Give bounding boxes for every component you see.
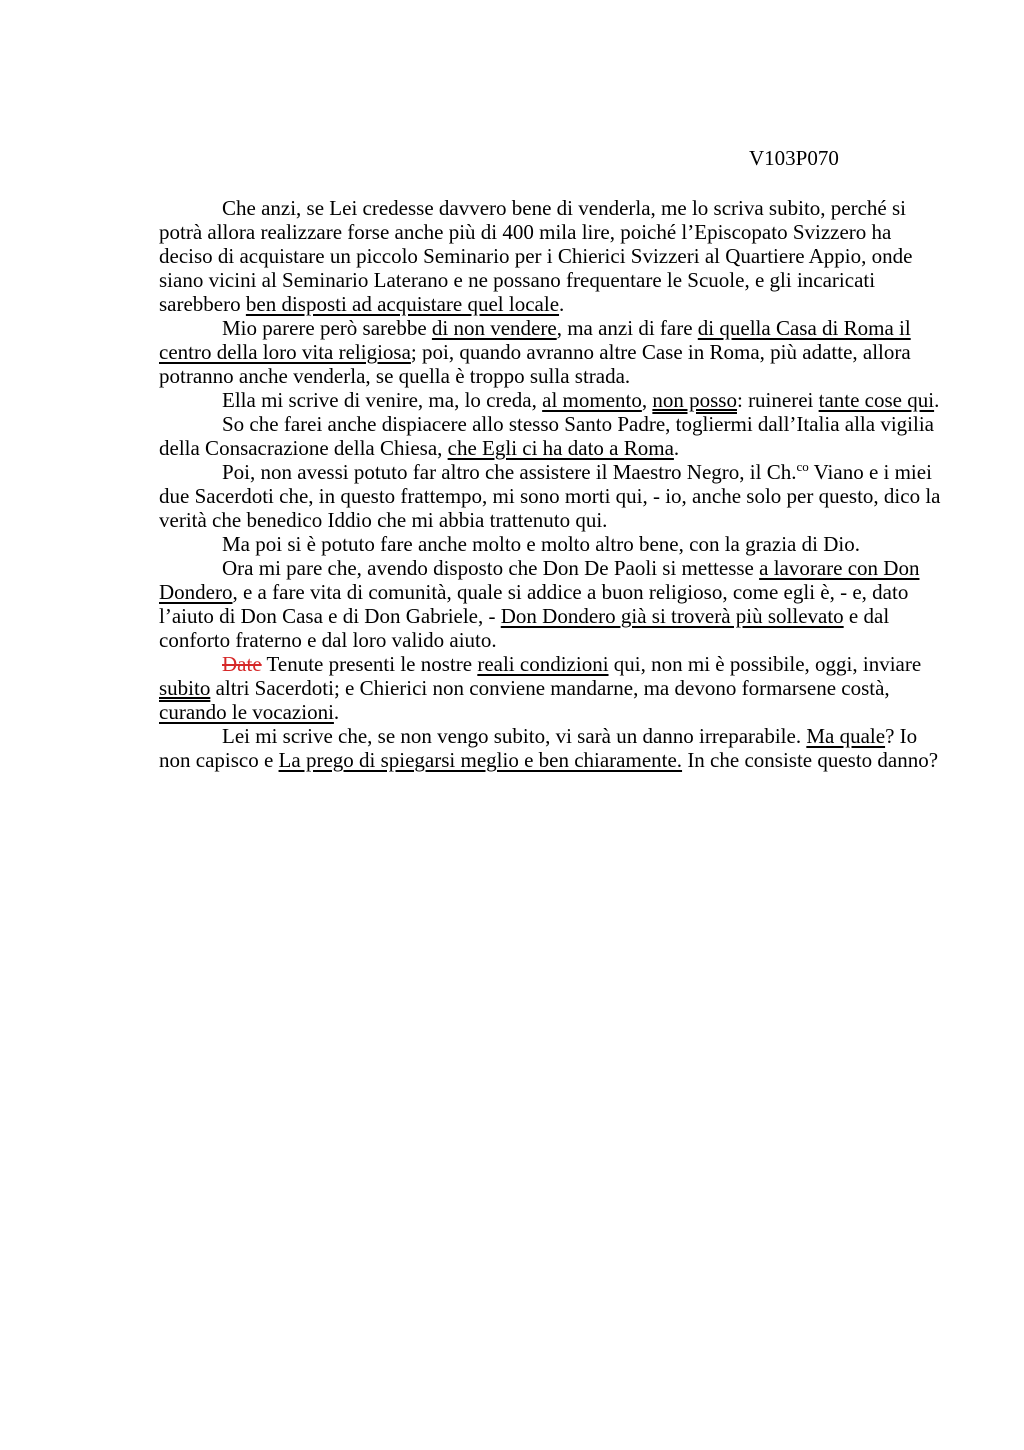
underlined-text: di non vendere — [432, 316, 557, 340]
letter-body: Che anzi, se Lei credesse davvero bene d… — [159, 196, 947, 772]
paragraph: Ella mi scrive di venire, ma, lo creda, … — [159, 388, 947, 412]
underlined-text: Ma quale — [806, 724, 885, 748]
paragraph: Date Tenute presenti le nostre reali con… — [159, 652, 947, 724]
text-run: . — [934, 388, 939, 412]
underlined-text: reali condizioni — [477, 652, 608, 676]
text-run: , ma anzi di fare — [557, 316, 698, 340]
text-run: Ora mi pare che, avendo disposto che Don… — [222, 556, 759, 580]
text-run: Ella mi scrive di venire, ma, lo creda, — [222, 388, 542, 412]
text-run: Ma poi si è potuto fare anche molto e mo… — [222, 532, 860, 556]
underlined-text: al momento — [542, 388, 642, 412]
text-run: Mio parere però sarebbe — [222, 316, 432, 340]
paragraph: Mio parere però sarebbe di non vendere, … — [159, 316, 947, 388]
deleted-word: Date — [222, 652, 262, 676]
page-reference-code: V103P070 — [749, 146, 839, 170]
underlined-text: ben disposti ad acquistare quel locale — [246, 292, 559, 316]
text-run: Tenute presenti le nostre — [262, 652, 478, 676]
text-run: Poi, non avessi potuto far altro che ass… — [222, 460, 796, 484]
text-run: altri Sacerdoti; e Chierici non conviene… — [210, 676, 889, 700]
paragraph: Lei mi scrive che, se non vengo subito, … — [159, 724, 947, 772]
superscript-text: co — [796, 459, 808, 474]
double-underlined-text: subito — [159, 676, 210, 700]
document-page: V103P070 Che anzi, se Lei credesse davve… — [0, 0, 1024, 1450]
text-run: . — [674, 436, 679, 460]
text-run: , — [642, 388, 653, 412]
underlined-text: curando le vocazioni — [159, 700, 334, 724]
paragraph: Ma poi si è potuto fare anche molto e mo… — [159, 532, 947, 556]
underlined-text: Don Dondero già si troverà più sollevato — [501, 604, 844, 628]
paragraph: So che farei anche dispiacere allo stess… — [159, 412, 947, 460]
text-run: . — [559, 292, 564, 316]
text-run: . — [334, 700, 339, 724]
underlined-text: tante cose qui — [819, 388, 934, 412]
text-run: qui, non mi è possibile, oggi, inviare — [609, 652, 922, 676]
paragraph: Poi, non avessi potuto far altro che ass… — [159, 460, 947, 532]
paragraph: Che anzi, se Lei credesse davvero bene d… — [159, 196, 947, 316]
text-run: In che consiste questo danno? — [682, 748, 938, 772]
paragraph: Ora mi pare che, avendo disposto che Don… — [159, 556, 947, 652]
text-run: : ruinerei — [737, 388, 819, 412]
underlined-text: La prego di spiegarsi meglio e ben chiar… — [279, 748, 683, 772]
double-underlined-text: non posso — [652, 388, 737, 412]
underlined-text: che Egli ci ha dato a Roma — [448, 436, 674, 460]
text-run: Lei mi scrive che, se non vengo subito, … — [222, 724, 806, 748]
